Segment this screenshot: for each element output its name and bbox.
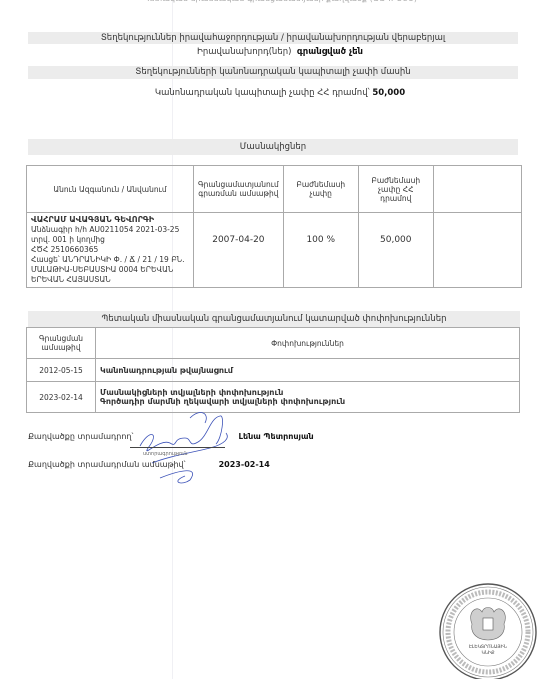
- col-share-amd: Բաժնեմասի չափը ՀՀ դրամով: [358, 166, 433, 213]
- signature-line: [130, 447, 225, 448]
- participants-header-row: Անուն Ազգանուն / Անվանում Գրանցամատյանու…: [27, 166, 522, 213]
- participant-record-date: 2007-04-20: [194, 213, 284, 288]
- participant-address-3: ԵՐԵՎԱՆ ՀԱՅԱՍՏԱՆ: [31, 275, 189, 285]
- col-share-percent: Բաժնեմասի չափը: [283, 166, 358, 213]
- document-header-cut: Պետական միասնական գրանցամատյանի քաղվածք …: [0, 0, 560, 3]
- col-record-date: Գրանցամատյանում գրառման ամսաթիվ: [194, 166, 284, 213]
- issue-date-label: Քաղվածքի տրամադրման ամսաթիվ՝: [28, 460, 186, 469]
- change-description: Կանոնադրության թվայնացում: [96, 359, 520, 382]
- table-row: 2012-05-15 Կանոնադրության թվայնացում: [27, 359, 520, 382]
- participant-address-1: Հասցե՝ ԱՆԴՐԱՆԻԿԻ Փ. / Ճ / 21 / 19 ԲՆ.: [31, 255, 189, 265]
- participant-name: ՎԱՀՐԱՄ ԱՎԱԳՅԱՆ ԳԵՎՈՐԳԻ: [31, 215, 189, 225]
- succession-line: Իրավանախորդ(ներ) գրանցված չեն: [0, 47, 560, 57]
- participant-passport: Անձնագիր h/h AU0211054 2021-03-25: [31, 225, 189, 235]
- participant-issuer: տրվ. 001 ի կողմից: [31, 235, 189, 245]
- participants-table: Անուն Ազգանուն / Անվանում Գրանցամատյանու…: [26, 165, 522, 288]
- col-extra: [433, 166, 521, 213]
- table-row: ՎԱՀՐԱՄ ԱՎԱԳՅԱՆ ԳԵՎՈՐԳԻ Անձնագիր h/h AU02…: [27, 213, 522, 288]
- issuer-name: Լենա Պետրոսյան: [239, 432, 314, 441]
- participant-share-amd: 50,000: [358, 213, 433, 288]
- issue-date-line: Քաղվածքի տրամադրման ամսաթիվ՝ 2023-02-14: [28, 460, 270, 469]
- change-item: Գործադիր մարմնի ղեկավարի տվյալների փոփոխ…: [100, 397, 515, 406]
- participant-extra: [433, 213, 521, 288]
- svg-text:ԷԼԵԿՏՐՈՆԱՅԻՆ: ԷԼԵԿՏՐՈՆԱՅԻՆ: [469, 644, 508, 650]
- change-item: Մասնակիցների տվյալների փոփոխություն: [100, 388, 515, 397]
- change-date: 2012-05-15: [27, 359, 96, 382]
- changes-header-row: Գրանցման ամսաթիվ Փոփոխություններ: [27, 328, 520, 359]
- col-changes: Փոփոխություններ: [96, 328, 520, 359]
- succession-section-title: Տեղեկություններ իրավահաջորդության / իրավ…: [28, 32, 518, 44]
- participant-info: ՎԱՀՐԱՄ ԱՎԱԳՅԱՆ ԳԵՎՈՐԳԻ Անձնագիր h/h AU02…: [27, 213, 194, 288]
- signature-scribble-icon: [130, 408, 260, 488]
- col-name: Անուն Ազգանուն / Անվանում: [27, 166, 194, 213]
- svg-text:ԿՆԻՔ: ԿՆԻՔ: [481, 650, 495, 656]
- col-registration-date: Գրանցման ամսաթիվ: [27, 328, 96, 359]
- changes-table: Գրանցման ամսաթիվ Փոփոխություններ 2012-05…: [26, 327, 520, 413]
- participants-section-title: Մասնակիցներ: [28, 139, 518, 155]
- change-date: 2023-02-14: [27, 382, 96, 413]
- capital-label: Կանոնադրական կապիտալի չափը ՀՀ դրամով՝: [155, 88, 370, 98]
- issuer-line: Քաղվածքը տրամադրող՝ Լենա Պետրոսյան: [28, 432, 314, 441]
- participant-ssn: ՀԾՀ 2510660365: [31, 245, 189, 255]
- succession-value: գրանցված չեն: [297, 47, 363, 57]
- capital-section-title: Տեղեկությունների կանոնադրական կապիտալի չ…: [28, 66, 518, 79]
- participant-address-2: ՄԱԼԱԹԻԱ-ՍԵԲԱՍՏԻԱ 0004 ԵՐԵՎԱՆ: [31, 265, 189, 275]
- issue-date-value: 2023-02-14: [219, 460, 270, 469]
- table-row: 2023-02-14 Մասնակիցների տվյալների փոփոխո…: [27, 382, 520, 413]
- official-seal-icon: ԷԼԵԿՏՐՈՆԱՅԻՆ ԿՆԻՔ: [432, 582, 544, 679]
- signature-caption: ստորագրություն: [143, 451, 188, 457]
- issuer-label: Քաղվածքը տրամադրող՝: [28, 432, 133, 441]
- succession-label: Իրավանախորդ(ներ): [197, 47, 291, 57]
- capital-line: Կանոնադրական կապիտալի չափը ՀՀ դրամով՝ 50…: [0, 88, 560, 98]
- changes-section-title: Պետական միասնական գրանցամատյանում կատարվ…: [28, 311, 520, 327]
- participant-share-percent: 100 %: [283, 213, 358, 288]
- capital-value: 50,000: [372, 88, 405, 98]
